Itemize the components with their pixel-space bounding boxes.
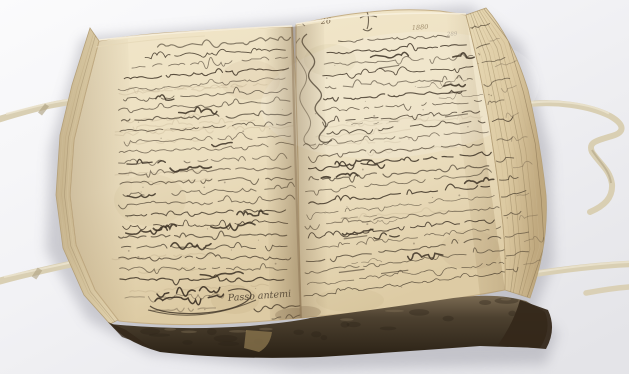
corner-inscription: 1880: [412, 23, 429, 32]
book-photo-canvas: Passo antemi 26 1880 289: [0, 0, 629, 374]
manuscript-photo: Passo antemi 26 1880 289: [0, 0, 629, 374]
pencil-folio-mark: 289: [446, 31, 458, 38]
